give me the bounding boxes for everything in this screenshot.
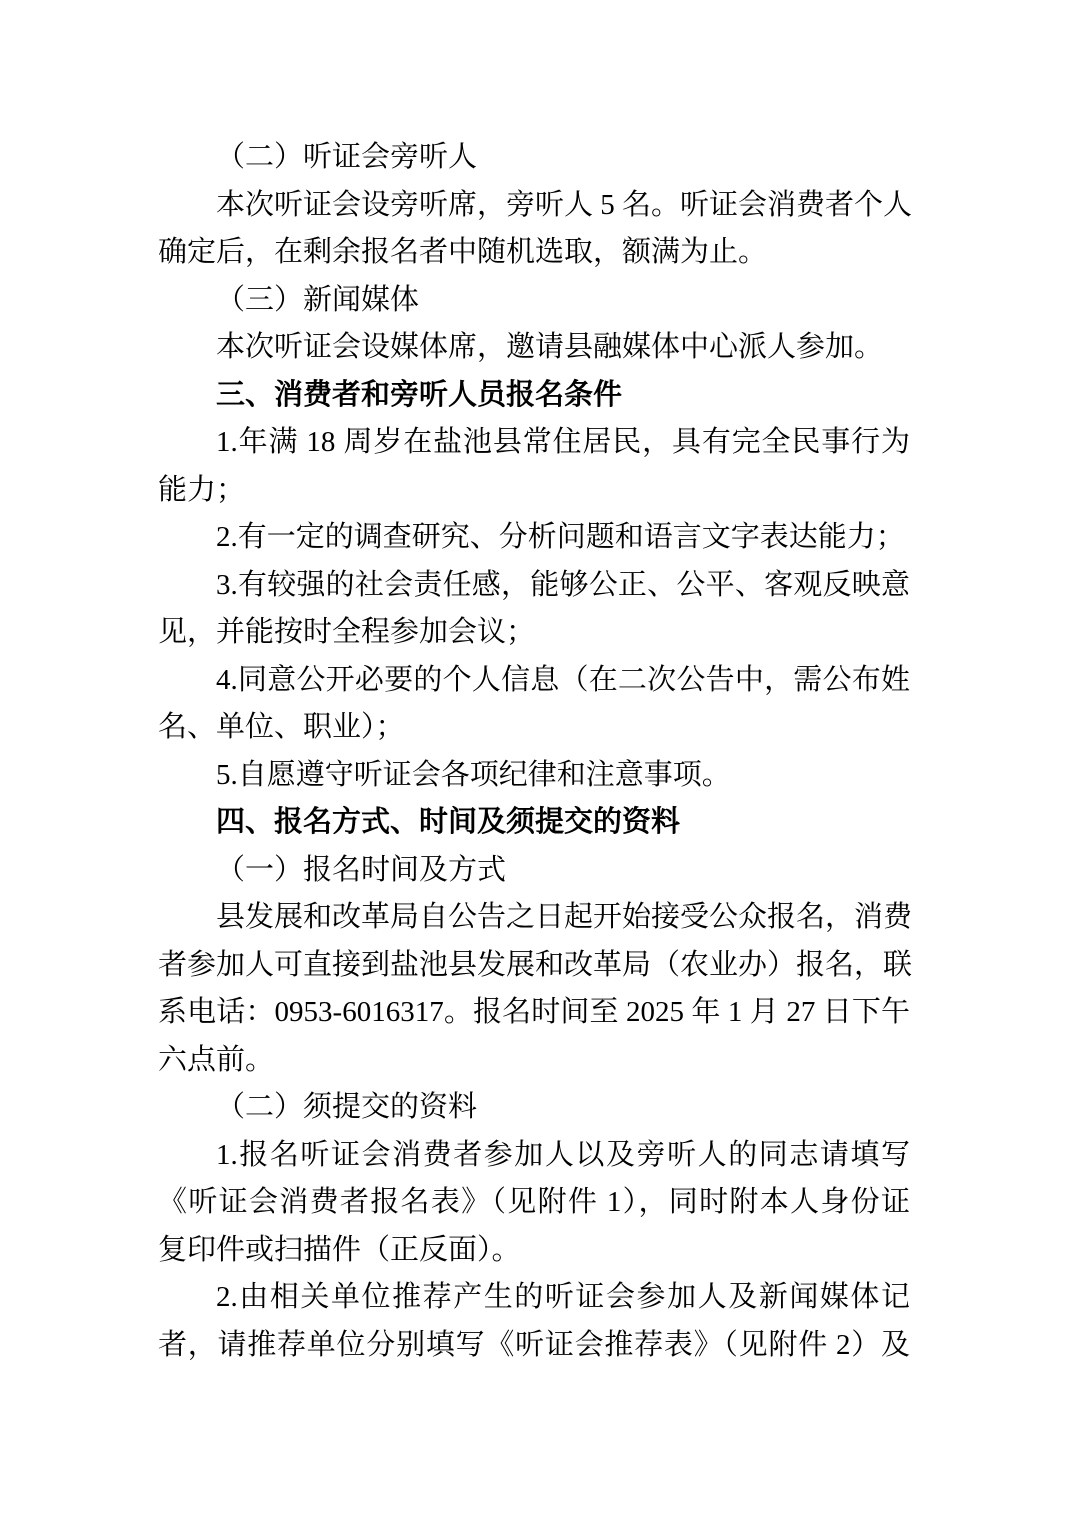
text-block: （二）听证会旁听人本次听证会设旁听席，旁听人 5 名。听证会消费者个人确定后，在… <box>158 134 910 1369</box>
document-line: 2.有一定的调查研究、分析问题和语言文字表达能力； <box>158 514 910 562</box>
document-line: 确定后，在剩余报名者中随机选取，额满为止。 <box>158 229 910 277</box>
document-line: （一）报名时间及方式 <box>158 847 910 895</box>
document-line: 5.自愿遵守听证会各项纪律和注意事项。 <box>158 752 910 800</box>
document-line: 能力； <box>158 467 910 515</box>
document-line: （二）听证会旁听人 <box>158 134 910 182</box>
section-heading: 三、消费者和旁听人员报名条件 <box>158 372 910 420</box>
document-line: 2.由相关单位推荐产生的听证会参加人及新闻媒体记 <box>158 1274 910 1322</box>
document-line: 本次听证会设旁听席，旁听人 5 名。听证会消费者个人 <box>158 182 910 230</box>
document-line: 县发展和改革局自公告之日起开始接受公众报名，消费 <box>158 894 910 942</box>
document-line: 六点前。 <box>158 1037 910 1085</box>
document-line: 《听证会消费者报名表》（见附件 1），同时附本人身份证 <box>158 1179 910 1227</box>
document-line: 1.年满 18 周岁在盐池县常住居民，具有完全民事行为 <box>158 419 910 467</box>
document-line: 者，请推荐单位分别填写《听证会推荐表》（见附件 2）及 <box>158 1322 910 1370</box>
document-line: 见，并能按时全程参加会议； <box>158 609 910 657</box>
section-heading: 四、报名方式、时间及须提交的资料 <box>158 799 910 847</box>
document-line: 复印件或扫描件（正反面）。 <box>158 1227 910 1275</box>
document-page: （二）听证会旁听人本次听证会设旁听席，旁听人 5 名。听证会消费者个人确定后，在… <box>0 0 1074 1520</box>
document-line: 3.有较强的社会责任感，能够公正、公平、客观反映意 <box>158 562 910 610</box>
document-line: 1.报名听证会消费者参加人以及旁听人的同志请填写 <box>158 1132 910 1180</box>
document-line: 4.同意公开必要的个人信息（在二次公告中，需公布姓 <box>158 657 910 705</box>
document-line: 者参加人可直接到盐池县发展和改革局（农业办）报名，联 <box>158 942 910 990</box>
document-line: （二）须提交的资料 <box>158 1084 910 1132</box>
document-line: （三）新闻媒体 <box>158 277 910 325</box>
document-line: 本次听证会设媒体席，邀请县融媒体中心派人参加。 <box>158 324 910 372</box>
document-line: 名、单位、职业）； <box>158 704 910 752</box>
document-line: 系电话：0953-6016317。报名时间至 2025 年 1 月 27 日下午 <box>158 989 910 1037</box>
